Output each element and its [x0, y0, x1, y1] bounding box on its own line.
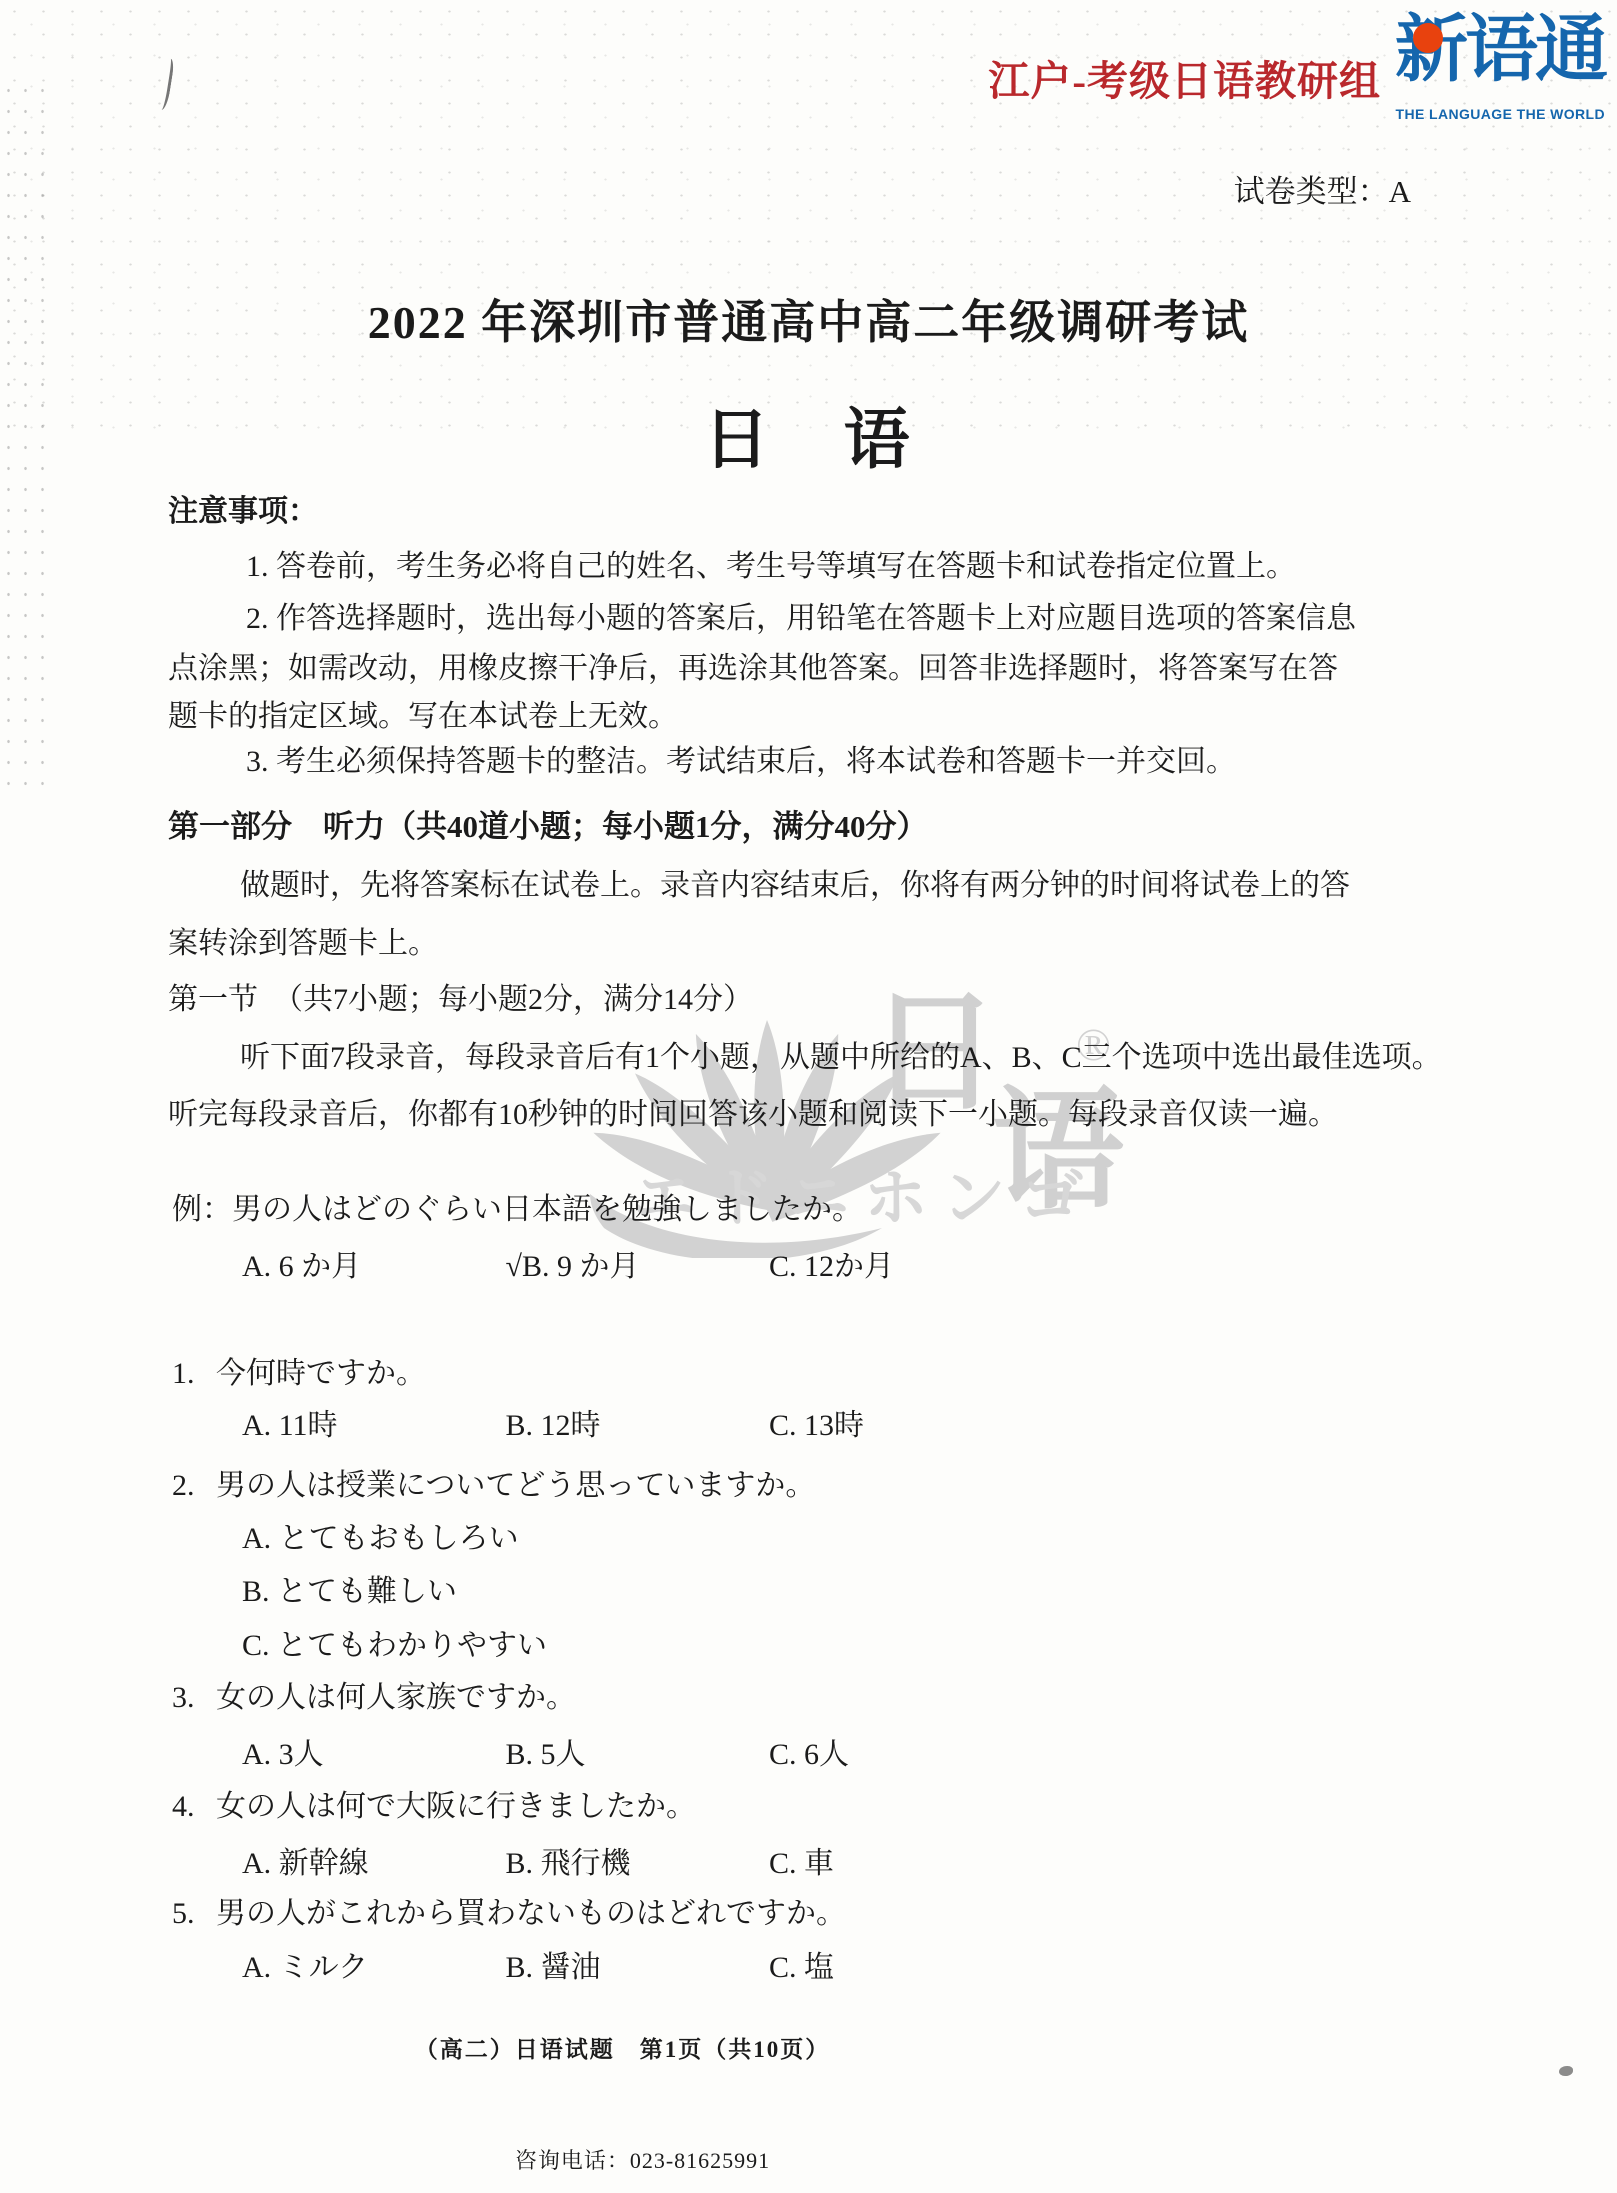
question-4-options: A. 新幹線 B. 飛行機 C. 車 — [242, 1846, 834, 1882]
section1-heading: 第一节 （共7小题；每小题2分，满分14分） — [168, 982, 753, 1018]
exam-paper-page: 日 语 ® エドニホンゴ 江户-考级日语教研组 新语通 THE LANGUAGE… — [0, 0, 1617, 2193]
question-1-number: 1. — [172, 1356, 216, 1392]
question-3-options: A. 3人 B. 5人 C. 6人 — [242, 1737, 849, 1773]
notice-item-2-line-1: 2. 作答选择题时，选出每小题的答案后，用铅笔在答题卡上对应题目选项的答案信息 — [246, 601, 1356, 637]
example-option-b: √B. 9 か月 — [506, 1249, 762, 1285]
paper-type-label: 试卷类型：A — [1234, 166, 1411, 211]
question-3-number: 3. — [172, 1680, 216, 1716]
example-options: A. 6 か月 √B. 9 か月 C. 12か月 — [242, 1249, 894, 1285]
exam-title: 2022 年深圳市普通高中高二年级调研考试 — [0, 286, 1617, 352]
part1-instruction-line-2: 案转涂到答题卡上。 — [168, 926, 438, 962]
question-1-option-a: A. 11時 — [242, 1408, 498, 1444]
question-4-option-c: C. 車 — [769, 1846, 834, 1882]
question-4-option-a: A. 新幹線 — [242, 1846, 498, 1882]
question-3-text: 女の人は何人家族ですか。 — [216, 1681, 576, 1714]
question-4-number: 4. — [172, 1789, 216, 1825]
question-2-number: 2. — [172, 1468, 216, 1504]
question-1-option-b: B. 12時 — [506, 1408, 762, 1444]
footer-page-info: （高二）日语试题 第1页（共10页） — [0, 2031, 1245, 2064]
question-1: 1.今何時ですか。 — [172, 1356, 426, 1392]
section1-instruction-line-1: 听下面7段录音，每段录音后有1个小题，从题中所给的A、B、C三个选项中选出最佳选… — [240, 1040, 1442, 1076]
question-3-option-b: B. 5人 — [506, 1737, 762, 1773]
notice-item-2-line-3: 题卡的指定区域。写在本试卷上无效。 — [168, 699, 678, 735]
research-group-name: 江户-考级日语教研组 — [988, 48, 1381, 107]
question-4-option-b: B. 飛行機 — [506, 1846, 762, 1882]
section1-instruction-line-2: 听完每段录音后，你都有10秒钟的时间回答该小题和阅读下一小题。每段录音仅读一遍。 — [168, 1097, 1338, 1133]
question-5-number: 5. — [172, 1896, 216, 1932]
question-4-text: 女の人は何で大阪に行きましたか。 — [216, 1790, 696, 1823]
question-1-option-c: C. 13時 — [769, 1408, 864, 1444]
question-5-option-a: A. ミルク — [242, 1950, 498, 1986]
question-1-options: A. 11時 B. 12時 C. 13時 — [242, 1408, 864, 1444]
question-3: 3.女の人は何人家族ですか。 — [172, 1680, 576, 1716]
question-5-text: 男の人がこれから買わないものはどれですか。 — [216, 1897, 846, 1930]
example-question-text: 男の人はどのぐらい日本語を勉強しましたか。 — [232, 1193, 862, 1226]
notice-item-1: 1. 答卷前，考生务必将自己的姓名、考生号等填写在答题卡和试卷指定位置上。 — [246, 549, 1296, 585]
question-2-option-a: A. とてもおもしろい — [242, 1521, 519, 1557]
example-label: 例： — [172, 1193, 232, 1226]
question-5: 5.男の人がこれから買わないものはどれですか。 — [172, 1896, 846, 1932]
brand-logo-tagline: THE LANGUAGE THE WORLD — [1396, 106, 1605, 122]
question-1-text: 今何時ですか。 — [216, 1357, 426, 1390]
question-5-option-c: C. 塩 — [769, 1950, 834, 1986]
question-5-option-b: B. 醤油 — [506, 1950, 762, 1986]
part1-heading: 第一部分 听力（共40道小题；每小题1分，满分40分） — [168, 808, 928, 845]
example-option-c: C. 12か月 — [769, 1249, 894, 1285]
question-4: 4.女の人は何で大阪に行きましたか。 — [172, 1789, 696, 1825]
scan-blot-mark — [1559, 2066, 1573, 2076]
question-5-options: A. ミルク B. 醤油 C. 塩 — [242, 1950, 834, 1986]
notice-heading: 注意事项： — [168, 494, 318, 530]
question-3-option-a: A. 3人 — [242, 1737, 498, 1773]
notice-item-3: 3. 考生必须保持答题卡的整洁。考试结束后，将本试卷和答题卡一并交回。 — [246, 744, 1236, 780]
notice-item-2-line-2: 点涂黑；如需改动，用橡皮擦干净后，再选涂其他答案。回答非选择题时，将答案写在答 — [168, 651, 1338, 687]
part1-instruction-line-1: 做题时，先将答案标在试卷上。录音内容结束后，你将有两分钟的时间将试卷上的答 — [240, 868, 1350, 904]
subject-title: 日 语 — [0, 386, 1617, 481]
question-2-option-c: C. とてもわかりやすい — [242, 1628, 547, 1664]
question-2-text: 男の人は授業についてどう思っていますか。 — [216, 1469, 815, 1502]
example-option-a: A. 6 か月 — [242, 1249, 498, 1285]
brand-logo: 新语通 THE LANGUAGE THE WORLD — [1375, 10, 1607, 124]
question-2-option-b: B. とても難しい — [242, 1574, 457, 1610]
example-question: 例：男の人はどのぐらい日本語を勉強しましたか。 — [172, 1192, 862, 1228]
question-3-option-c: C. 6人 — [769, 1737, 849, 1773]
brand-logo-dot-icon — [1413, 23, 1443, 53]
question-2: 2.男の人は授業についてどう思っていますか。 — [172, 1468, 815, 1504]
footer-phone: 咨询电话：023-81625991 — [0, 2144, 1285, 2175]
